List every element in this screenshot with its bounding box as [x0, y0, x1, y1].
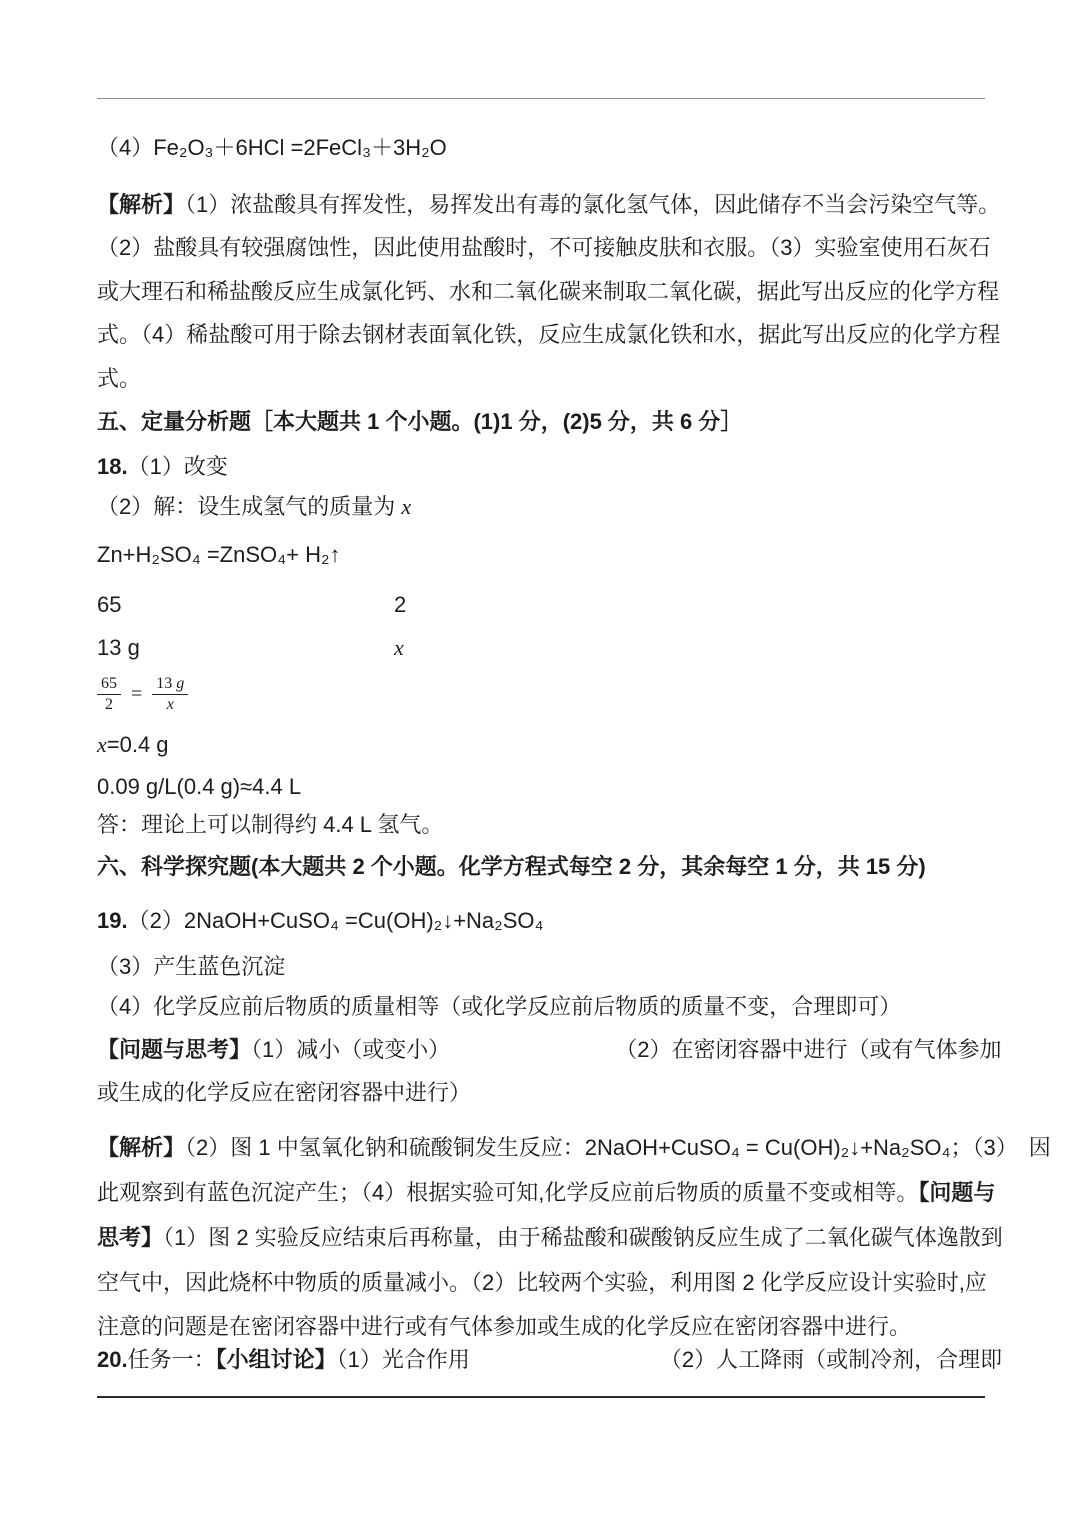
fraction-right-denominator-var: x [167, 696, 174, 713]
q18-proportion-equation: 65 2 = 13 g x [97, 674, 188, 715]
q18-part2-text: （2）解：设生成氢气的质量为 [97, 494, 401, 519]
q18-ratio-row-1: 652 [97, 590, 1002, 620]
q18-part1-text: （1）改变 [128, 454, 228, 479]
analysis-17-line-5: 式。 [97, 364, 1002, 394]
q18-molar-mass-h2: 2 [394, 592, 406, 617]
q20-line: 20.任务一：【小组讨论】（1）光合作用（2）人工降雨（或制冷剂，合理即 [97, 1345, 1002, 1375]
page-top-rule [97, 98, 985, 99]
q18-part1: 18.（1）改变 [97, 452, 1002, 482]
fraction-left-denominator: 2 [97, 694, 121, 715]
analysis-17-text-1: （1）浓盐酸具有挥发性，易挥发出有毒的氯化氢气体，因此储存不当会污染空气等。 [185, 192, 1000, 217]
analysis-17-line-1: 【解析】（1）浓盐酸具有挥发性，易挥发出有毒的氯化氢气体，因此储存不当会污染空气… [97, 190, 1002, 220]
question-thought-1: （1）减小（或变小） [251, 1037, 450, 1062]
q19-part2: 19.（2）2NaOH+CuSO₄ =Cu(OH)₂↓+Na₂SO₄ [97, 906, 1002, 936]
q19-part3: （3）产生蓝色沉淀 [97, 952, 1002, 982]
q19-part4: （4）化学反应前后物质的质量相等（或化学反应前后物质的质量不变，合理即可） [97, 992, 1002, 1022]
equals-sign: = [131, 683, 142, 706]
q19-question-thought: 【问题与思考】（1）减小（或变小）（2）在密闭容器中进行（或有气体参加 [97, 1035, 1002, 1065]
document-page: （4）Fe₂O₃＋6HCl =2FeCl₃＋3H₂O 【解析】（1）浓盐酸具有挥… [0, 0, 1080, 1527]
section-5-header: 五、定量分析题［本大题共 1 个小题。(1)1 分，(2)5 分，共 6 分］ [97, 407, 1002, 437]
q20-part1: （1）光合作用 [337, 1347, 470, 1372]
q18-result: x=0.4 g [97, 730, 1002, 760]
q17-answer-4: （4）Fe₂O₃＋6HCl =2FeCl₃＋3H₂O [97, 133, 1002, 163]
question-thought-2: （2）在密闭容器中进行（或有气体参加 [615, 1037, 1001, 1062]
fraction-right-numerator: 13 g [152, 674, 188, 694]
q19-part2-text: （2）2NaOH+CuSO₄ =Cu(OH)₂↓+Na₂SO₄ [128, 908, 544, 933]
q18-result-variable: x [97, 732, 107, 757]
q18-part2-variable: x [401, 494, 411, 519]
q18-ratio-row-2: 13 gx [97, 633, 1002, 663]
analysis-19-line-3: 思考】（1）图 2 实验反应结束后再称量，由于稀盐酸和碳酸钠反应生成了二氧化碳气… [97, 1223, 1002, 1253]
fraction-right-numerator-value: 13 [156, 675, 176, 692]
analysis-19-line-5: 注意的问题是在密闭容器中进行或有气体参加或生成的化学反应在密闭容器中进行。 [97, 1312, 1002, 1342]
q18-volume-conversion: 0.09 g/L(0.4 g)≈4.4 L [97, 772, 1002, 802]
q18-molar-mass: 65 [97, 590, 394, 620]
fraction-left-numerator: 65 [97, 674, 121, 694]
fraction-right: 13 g x [152, 674, 188, 715]
q18-number: 18. [97, 454, 128, 479]
q20-part2: （2）人工降雨（或制冷剂，合理即 [660, 1347, 1002, 1372]
q18-unknown-mass: x [394, 635, 404, 660]
q20-task: 任务一： [128, 1347, 216, 1372]
analysis-label: 【解析】 [97, 192, 185, 217]
question-thought-label: 【问题与思考】 [97, 1037, 251, 1062]
q18-given-mass: 13 g [97, 633, 394, 663]
analysis-19-line-1: 【解析】（2）图 1 中氢氧化钠和硫酸铜发生反应：2NaOH+CuSO₄ = C… [97, 1133, 1002, 1163]
question-thought-label-part: 思考】 [97, 1225, 163, 1250]
q19-number: 19. [97, 908, 128, 933]
q18-chemical-equation: Zn+H₂SO₄ =ZnSO₄+ H₂↑ [97, 540, 1002, 570]
analysis-19-line-4: 空气中，因此烧杯中物质的质量减小。（2）比较两个实验，利用图 2 化学反应设计实… [97, 1268, 1002, 1298]
section-6-header: 六、科学探究题(本大题共 2 个小题。化学方程式每空 2 分，其余每空 1 分，… [97, 852, 1002, 882]
q20-number: 20. [97, 1347, 128, 1372]
q18-result-value: =0.4 g [107, 732, 169, 757]
q18-part2: （2）解：设生成氢气的质量为 x [97, 492, 1002, 522]
fraction-right-denominator: x [152, 694, 188, 715]
analysis-label: 【解析】 [97, 1135, 185, 1160]
q18-answer-sentence: 答：理论上可以制得约 4.4 L 氢气。 [97, 810, 1002, 840]
analysis-17-line-3: 或大理石和稀盐酸反应生成氯化钙、水和二氧化碳来制取二氧化碳，据此写出反应的化学方… [97, 277, 1002, 307]
page-bottom-rule [97, 1396, 985, 1398]
fraction-right-numerator-unit: g [176, 675, 184, 692]
fraction-left: 65 2 [97, 674, 121, 715]
analysis-19-text-1: （2）图 1 中氢氧化钠和硫酸铜发生反应：2NaOH+CuSO₄ = Cu(OH… [185, 1135, 1051, 1160]
analysis-19-line-2: 此观察到有蓝色沉淀产生；（4）根据实验可知,化学反应前后物质的质量不变或相等。【… [97, 1178, 1002, 1208]
question-thought-label-part: 【问题与 [918, 1180, 995, 1205]
group-discussion-label: 【小组讨论】 [216, 1347, 337, 1372]
analysis-19-text-2: 此观察到有蓝色沉淀产生；（4）根据实验可知,化学反应前后物质的质量不变或相等。 [97, 1180, 918, 1205]
analysis-19-text-3: （1）图 2 实验反应结束后再称量，由于稀盐酸和碳酸钠反应生成了二氧化碳气体逸散… [163, 1225, 1003, 1250]
q19-question-thought-cont: 或生成的化学反应在密闭容器中进行） [97, 1078, 1002, 1108]
analysis-17-line-4: 式。（4）稀盐酸可用于除去钢材表面氧化铁，反应生成氯化铁和水，据此写出反应的化学… [97, 320, 1002, 350]
analysis-17-line-2: （2）盐酸具有较强腐蚀性，因此使用盐酸时，不可接触皮肤和衣服。（3）实验室使用石… [97, 233, 1002, 263]
